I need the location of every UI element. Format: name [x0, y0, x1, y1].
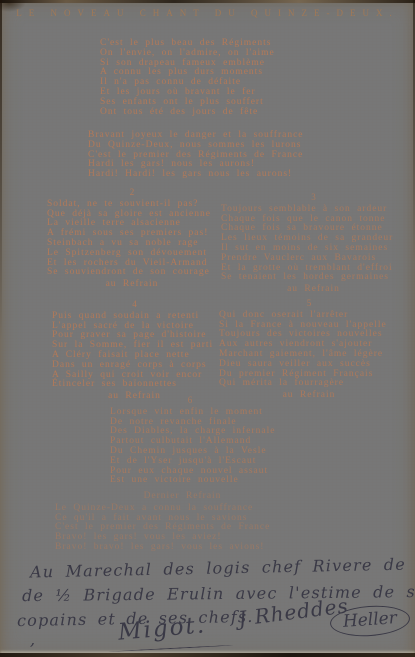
stanza-3-lines: Toujours semblable à son ardeurChaque fo…: [221, 205, 406, 283]
final-refrain-heading: Dernier Refrain: [55, 492, 310, 502]
photo-edge-left: [0, 0, 2, 342]
stanza-1: C'est le plus beau des RégimentsOn l'env…: [100, 39, 275, 117]
photo-edge-top: [0, 0, 415, 3]
refrain-lines: Bravant joyeux le danger et la souffranc…: [88, 131, 304, 180]
stanza-3: 3 Toujours semblable à son ardeurChaque …: [221, 193, 406, 295]
ink-mark: ,: [30, 630, 35, 649]
stanza-6-number: 6: [110, 396, 270, 406]
poem-line: Étinceler ses baïonnettes: [52, 380, 217, 390]
stanza-5-lines: Qui donc oserait l'arrêterSi la France à…: [219, 311, 399, 389]
poem-line: Se souviendront de son courage: [47, 268, 217, 278]
stanza-2-number: 2: [47, 188, 217, 198]
stanza-4-number: 4: [52, 300, 217, 310]
poem-line: Est une victoire nouvelle: [110, 476, 270, 486]
signature-underline-flourish: [108, 645, 233, 653]
stanza-6-lines: Lorsque vint enfin le momentDe notre rev…: [110, 408, 270, 486]
poem-line: Qui mérita la fourragère: [219, 379, 399, 389]
stanza-5: 5 Qui donc oserait l'arrêterSi la France…: [219, 299, 399, 401]
song-title: LE NOVEAU CHANT DU QUINZE-DEUX.: [0, 8, 415, 18]
refrain: Bravant joyeux le danger et la souffranc…: [88, 131, 304, 180]
stanza-4-lines: Puis quand soudain a retentiL'appel sacr…: [52, 312, 217, 390]
photo-edge-bottom: [0, 653, 415, 657]
stanza-3-number: 3: [221, 193, 406, 203]
song-sheet-photo: LE NOVEAU CHANT DU QUINZE-DEUX. C'est le…: [0, 0, 415, 657]
poem-line: Ont tous été des jours de fête: [100, 108, 275, 118]
poem-line: Bravo! bravo! les gars! vous les avions!: [55, 543, 310, 553]
stanza-2-refrain-note: au Refrain: [47, 280, 217, 290]
stanza-2: 2 Soldat, ne te souvient-il pas?Que déjà…: [47, 188, 217, 290]
stanza-3-refrain-note: au Refrain: [221, 285, 406, 295]
signature-heller-circled: Heller: [329, 603, 411, 639]
stanza-1-lines: C'est le plus beau des RégimentsOn l'env…: [100, 39, 275, 117]
final-refrain: Dernier Refrain Le Quinze-Deux a connu l…: [55, 492, 310, 553]
stanza-6: 6 Lorsque vint enfin le momentDe notre r…: [110, 396, 270, 486]
final-refrain-lines: Le Quinze-Deux a connu la souffranceCe q…: [55, 504, 310, 553]
handwritten-dedication-line-2: de ½ Brigade Erulin avec l'estime de ses: [22, 582, 415, 605]
handwritten-dedication-line-1: Au Marechal des logis chef Rivere de 15/…: [30, 554, 415, 582]
signature-heller-text: Heller: [329, 603, 411, 639]
poem-line: Se tenaient les hordes germaines: [221, 273, 406, 283]
poem-line: Hardi! Hardi! les gars nous les aurons!: [88, 170, 304, 180]
stanza-5-number: 5: [219, 299, 399, 309]
stanza-4: 4 Puis quand soudain a retentiL'appel sa…: [52, 300, 217, 402]
stanza-2-lines: Soldat, ne te souvient-il pas?Que déjà s…: [47, 200, 217, 278]
